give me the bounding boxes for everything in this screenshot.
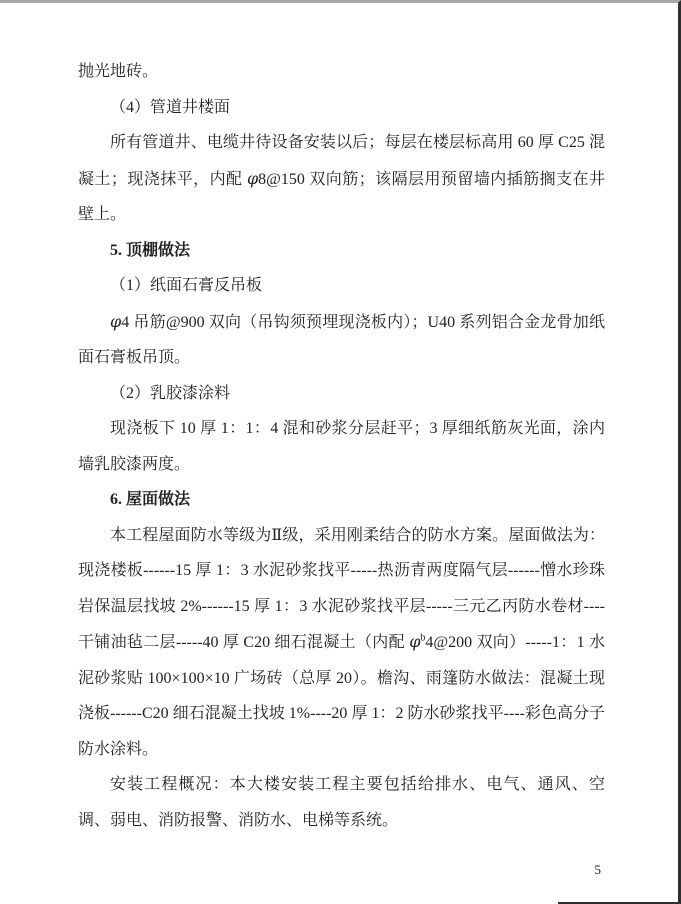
text-run: （1）纸面石膏反吊板 [110,277,262,294]
page-number: 5 [595,862,602,878]
para-latex-paint: 现浇板下 10 厚 1：1：4 混和砂浆分层赶平；3 厚细纸筋灰光面，涂内墙乳胶… [78,411,605,482]
para-5-1-heading: （1）纸面石膏反吊板 [78,268,605,304]
text-run: φ [247,169,258,188]
text-run: 4@200 双向）-----1：1 水泥砂浆贴 100×100×10 广场砖（总… [78,634,605,758]
text-run: 现浇板下 10 厚 1：1：4 混和砂浆分层赶平；3 厚细纸筋灰光面，涂内墙乳胶… [78,420,605,473]
text-run: 安装工程概况：本大楼安装工程主要包括给排水、电气、通风、空调、弱电、消防报警、消… [78,776,605,829]
text-run: （4）管道井楼面 [110,99,230,116]
text-run: φ [110,312,121,331]
para-5-2-heading: （2）乳胶漆涂料 [78,376,605,412]
para-pipe-shaft-floor: 所有管道井、电缆井待设备安装以后；每层在楼层标高用 60 厚 C25 混凝土；现… [78,125,605,233]
para-installation-overview: 安装工程概况：本大楼安装工程主要包括给排水、电气、通风、空调、弱电、消防报警、消… [78,767,605,838]
text-run: 6. 屋面做法 [110,491,190,508]
document-page: 抛光地砖。（4）管道井楼面所有管道井、电缆井待设备安装以后；每层在楼层标高用 6… [0,0,681,904]
text-run: 本工程屋面防水等级为Ⅱ级，采用刚柔结合的防水方案。屋面做法为：现浇楼板-----… [78,527,605,652]
text-run: φ [409,632,420,651]
para-polished-tile-tail: 抛光地砖。 [78,54,605,90]
document-body: 抛光地砖。（4）管道井楼面所有管道井、电缆井待设备安装以后；每层在楼层标高用 6… [78,54,605,838]
text-run: 5. 顶棚做法 [110,242,190,259]
heading-5-ceiling: 5. 顶棚做法 [78,233,605,269]
para-roof-construction: 本工程屋面防水等级为Ⅱ级，采用刚柔结合的防水方案。屋面做法为：现浇楼板-----… [78,518,605,768]
text-run: 4 吊筋@900 双向（吊钩须预埋现浇板内）；U40 系列铝合金龙骨加纸面石膏板… [78,314,605,367]
heading-6-roof: 6. 屋面做法 [78,482,605,518]
text-run: 抛光地砖。 [78,63,158,80]
para-item4-heading: （4）管道井楼面 [78,90,605,126]
para-gypsum-ceiling: φ4 吊筋@900 双向（吊钩须预埋现浇板内）；U40 系列铝合金龙骨加纸面石膏… [78,304,605,376]
text-run: （2）乳胶漆涂料 [110,385,230,402]
